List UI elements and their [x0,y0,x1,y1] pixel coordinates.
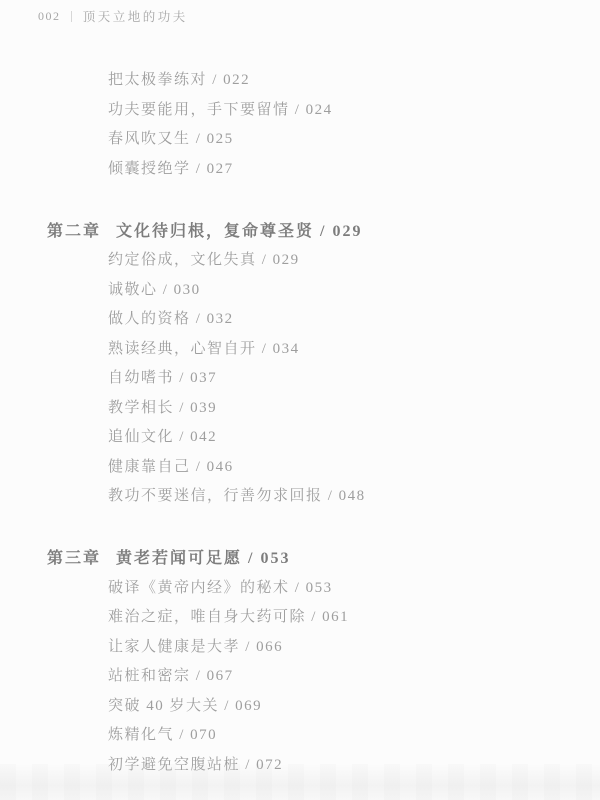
toc-entry: 诚敬心 / 030 [108,274,600,304]
page-number: 002 [38,9,61,24]
toc-entry: 春风吹又生 / 025 [108,123,600,153]
toc-entry: 追仙文化 / 042 [108,421,600,451]
toc-group: 第二章 文化待归根，复命尊圣贤 / 029 约定俗成，文化失真 / 029诚敬心… [0,214,600,510]
toc-entry: 突破 40 岁大关 / 069 [108,690,600,720]
toc-group: 第三章 黄老若闻可足愿 / 053 破译《黄帝内经》的秘术 / 053难治之症，… [0,542,600,779]
chapter-label: 第二章 [47,218,101,241]
toc-entry: 做人的资格 / 032 [108,303,600,333]
book-page: 002 | 顶天立地的功夫 把太极拳练对 / 022功夫要能用，手下要留情 / … [0,0,600,800]
toc-entry: 炼精化气 / 070 [108,719,600,749]
toc-entry: 初学避免空腹站桩 / 072 [108,749,600,779]
chapter-title: 文化待归根，复命尊圣贤 / 029 [116,218,362,241]
toc-entry: 约定俗成，文化失真 / 029 [108,244,600,274]
chapter-heading: 第二章 文化待归根，复命尊圣贤 / 029 [47,214,600,244]
header-separator: | [71,9,73,22]
toc-entry: 倾囊授绝学 / 027 [108,153,600,183]
toc-entry: 教学相长 / 039 [108,392,600,422]
toc-entry: 破译《黄帝内经》的秘术 / 053 [108,572,600,602]
toc-entry: 教功不要迷信，行善勿求回报 / 048 [108,480,600,510]
toc-entry: 功夫要能用，手下要留情 / 024 [108,94,600,124]
page-header: 002 | 顶天立地的功夫 [38,8,188,24]
table-of-contents: 把太极拳练对 / 022功夫要能用，手下要留情 / 024春风吹又生 / 025… [0,64,600,778]
chapter-title: 黄老若闻可足愿 / 053 [116,545,290,568]
toc-entry: 难治之症，唯自身大药可除 / 061 [108,601,600,631]
toc-entry: 熟读经典，心智自开 / 034 [108,333,600,363]
book-title: 顶天立地的功夫 [83,7,188,25]
toc-group: 把太极拳练对 / 022功夫要能用，手下要留情 / 024春风吹又生 / 025… [0,64,600,182]
toc-entry: 让家人健康是大孝 / 066 [108,631,600,661]
toc-entry: 站桩和密宗 / 067 [108,660,600,690]
toc-entry: 自幼嗜书 / 037 [108,362,600,392]
toc-entry: 把太极拳练对 / 022 [108,64,600,94]
chapter-label: 第三章 [47,545,101,568]
toc-entry: 健康靠自己 / 046 [108,451,600,481]
chapter-heading: 第三章 黄老若闻可足愿 / 053 [47,542,600,572]
